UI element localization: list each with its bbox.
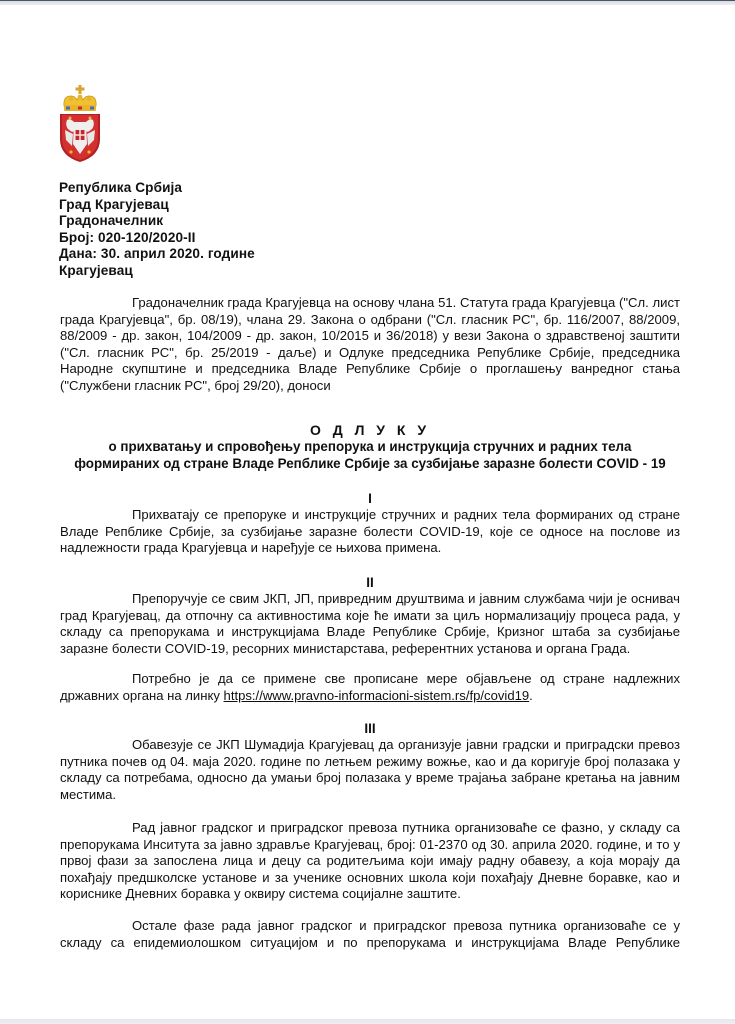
header-date: Дана: 30. април 2020. године bbox=[59, 246, 255, 263]
document-header: Република Србија Град Крагујевац Градона… bbox=[59, 180, 255, 280]
bottom-edge-shadow bbox=[0, 1019, 735, 1024]
section-1-paragraph: Прихватају се препоруке и инструкције ст… bbox=[60, 507, 680, 557]
section-3-paragraph-1: Обавезује се ЈКП Шумадија Крагујевац да … bbox=[60, 737, 680, 803]
header-country: Република Србија bbox=[59, 180, 255, 197]
section-number-1: I bbox=[60, 491, 680, 507]
header-number: Број: 020-120/2020-II bbox=[59, 230, 255, 247]
section-3-paragraph-2: Рад јавног градског и приградског превоз… bbox=[60, 820, 680, 903]
section-number-2: II bbox=[60, 575, 680, 591]
covid19-legal-link[interactable]: https://www.pravno-informacioni-sistem.r… bbox=[224, 688, 530, 703]
coat-of-arms-icon bbox=[57, 84, 103, 164]
header-office: Градоначелник bbox=[59, 213, 255, 230]
decision-title: О Д Л У К У bbox=[60, 422, 680, 439]
section-2-link-paragraph: Потребно је да се примене све прописане … bbox=[60, 671, 680, 704]
link-trailing-text: . bbox=[529, 688, 533, 703]
decision-title-block: О Д Л У К У о прихватању и спровођењу пр… bbox=[60, 422, 680, 472]
preamble-paragraph: Градоначелник града Крагујевца на основу… bbox=[60, 295, 680, 394]
section-number-3: III bbox=[60, 721, 680, 737]
decision-subtitle-line-2: формираних од стране Владе Репблике Срби… bbox=[40, 456, 700, 473]
header-place: Крагујевац bbox=[59, 263, 255, 280]
section-2-paragraph: Препоручује се свим ЈКП, ЈП, привредним … bbox=[60, 591, 680, 657]
document-page: Република Србија Град Крагујевац Градона… bbox=[0, 5, 735, 1019]
section-3-paragraph-3: Остале фазе рада јавног градског и пригр… bbox=[60, 918, 680, 951]
decision-subtitle-line-1: о прихватању и спровођењу препорука и ин… bbox=[60, 439, 680, 456]
header-city: Град Крагујевац bbox=[59, 197, 255, 214]
